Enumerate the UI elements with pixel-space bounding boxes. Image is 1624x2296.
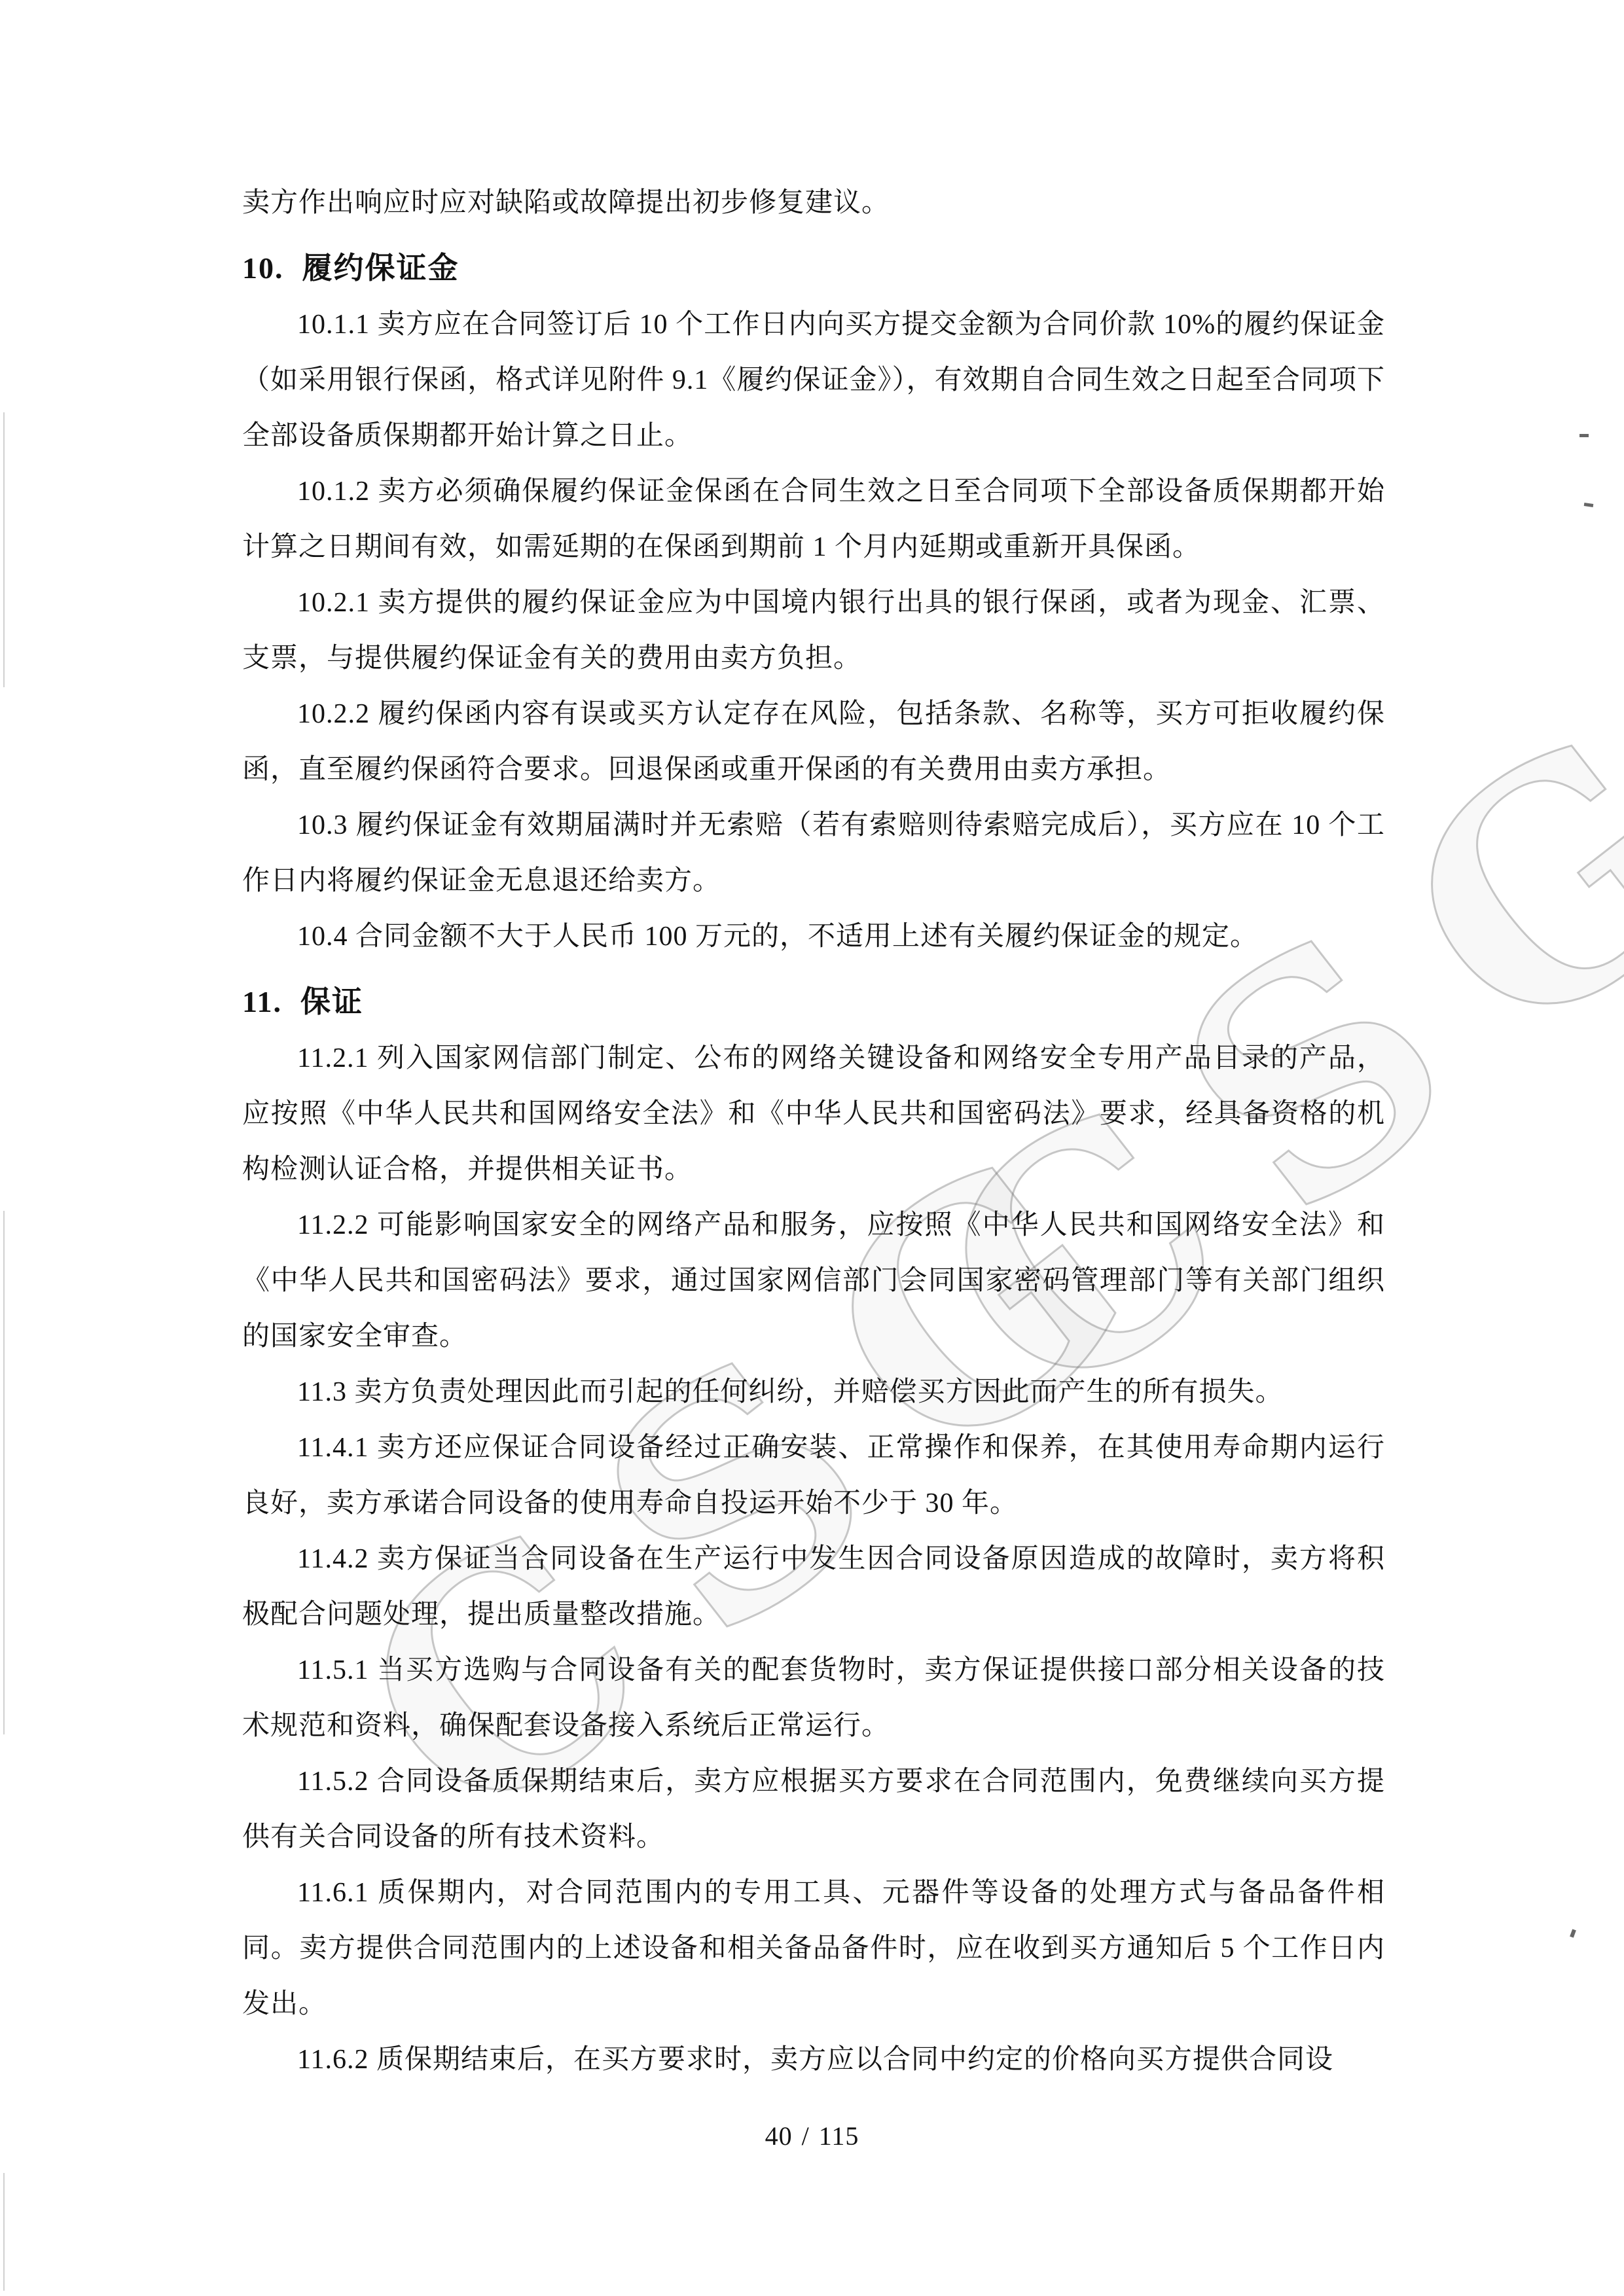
scan-speck xyxy=(1584,503,1594,507)
page-number-separator: / xyxy=(802,2121,810,2151)
clause-paragraph: 10.3 履约保证金有效期届满时并无索赔（若有索赔则待索赔完成后），买方应在 1… xyxy=(242,798,1385,909)
clause-paragraph: 11.5.2 合同设备质保期结束后，卖方应根据买方要求在合同范围内，免费继续向买… xyxy=(242,1754,1385,1865)
contract-text-block: 卖方作出响应时应对缺陷或故障提出初步修复建议。 10.履约保证金 10.1.1 … xyxy=(242,175,1385,2088)
scan-speck xyxy=(1579,434,1589,437)
clause-paragraph: 10.1.2 卖方必须确保履约保证金保函在合同生效之日至合同项下全部设备质保期都… xyxy=(242,464,1385,575)
scan-edge-artifact xyxy=(3,1211,5,1734)
scan-edge-artifact xyxy=(3,2173,5,2291)
clause-paragraph: 11.6.1 质保期内，对合同范围内的专用工具、元器件等设备的处理方式与备品备件… xyxy=(242,1865,1385,2032)
clause-paragraph: 11.3 卖方负责处理因此而引起的任何纠纷，并赔偿买方因此而产生的所有损失。 xyxy=(242,1365,1385,1420)
section-title: 履约保证金 xyxy=(302,251,460,285)
page-number-footer: 40/115 xyxy=(0,2121,1624,2151)
section-title: 保证 xyxy=(300,985,363,1018)
clause-paragraph: 11.4.2 卖方保证当合同设备在生产运行中发生因合同设备原因造成的故障时，卖方… xyxy=(242,1532,1385,1643)
clause-paragraph: 11.2.2 可能影响国家安全的网络产品和服务，应按照《中华人民共和国网络安全法… xyxy=(242,1198,1385,1365)
section-heading-11: 11.保证 xyxy=(242,974,1385,1030)
clause-paragraph: 11.5.1 当买方选购与合同设备有关的配套货物时，卖方保证提供接口部分相关设备… xyxy=(242,1643,1385,1754)
clause-paragraph: 11.4.1 卖方还应保证合同设备经过正确安装、正常操作和保养，在其使用寿命期内… xyxy=(242,1420,1385,1532)
section-heading-10: 10.履约保证金 xyxy=(242,240,1385,296)
current-page-number: 40 xyxy=(765,2121,793,2151)
document-page: CSG CSG 卖方作出响应时应对缺陷或故障提出初步修复建议。 10.履约保证金… xyxy=(0,0,1624,2296)
clause-paragraph: 11.2.1 列入国家网信部门制定、公布的网络关键设备和网络安全专用产品目录的产… xyxy=(242,1031,1385,1198)
clause-paragraph: 10.2.1 卖方提供的履约保证金应为中国境内银行出具的银行保函，或者为现金、汇… xyxy=(242,575,1385,687)
clause-paragraph: 10.4 合同金额不大于人民币 100 万元的，不适用上述有关履约保证金的规定。 xyxy=(242,909,1385,965)
section-number: 11. xyxy=(242,985,282,1018)
scan-speck xyxy=(1570,1929,1576,1937)
clause-paragraph: 11.6.2 质保期结束后，在买方要求时，卖方应以合同中约定的价格向买方提供合同… xyxy=(242,2032,1385,2088)
scan-edge-artifact xyxy=(3,412,5,687)
total-page-count: 115 xyxy=(819,2121,859,2151)
section-number: 10. xyxy=(242,251,284,285)
clause-paragraph: 卖方作出响应时应对缺陷或故障提出初步修复建议。 xyxy=(242,175,1385,231)
clause-paragraph: 10.2.2 履约保函内容有误或买方认定存在风险，包括条款、名称等，买方可拒收履… xyxy=(242,687,1385,798)
clause-paragraph: 10.1.1 卖方应在合同签订后 10 个工作日内向买方提交金额为合同价款 10… xyxy=(242,297,1385,464)
